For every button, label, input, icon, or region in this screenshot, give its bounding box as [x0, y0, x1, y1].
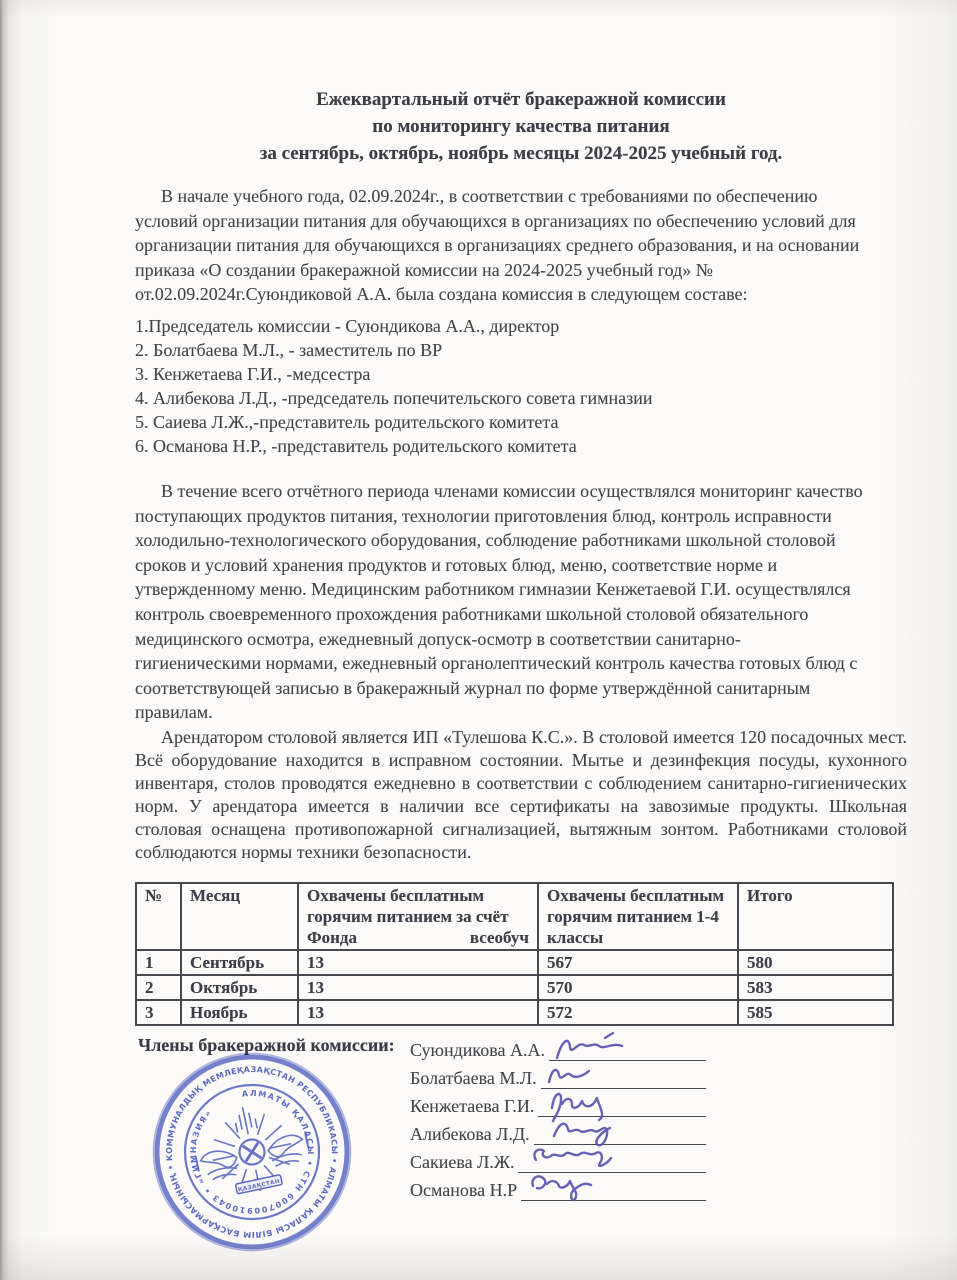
list-item: 4. Алибекова Л.Д., -председатель попечит… [135, 386, 907, 410]
table-cell: 567 [538, 950, 738, 975]
table-header-row: № Месяц Охвачены бесплатным горячим пита… [136, 883, 893, 950]
table-header-cell: Месяц [181, 883, 298, 950]
title-line-2: по мониторингу качества питания [135, 113, 907, 140]
table-cell: 585 [738, 1000, 893, 1025]
table-header-cell: Охвачены бесплатным горячим питанием 1-4… [538, 883, 738, 950]
handwritten-signature-icon [525, 1172, 645, 1208]
table-body: 1 Сентябрь 13 567 580 2 Октябрь 13 570 5… [136, 950, 893, 1025]
emblem-wing-left [199, 1147, 240, 1181]
signature-row: Сакиева Л.Ж. [410, 1145, 706, 1173]
meals-coverage-table: № Месяц Охвачены бесплатным горячим пита… [135, 882, 894, 1026]
table-cell: 570 [538, 975, 738, 1000]
table-cell: 13 [298, 1000, 538, 1025]
list-item: 1.Председатель комиссии - Суюндикова А.А… [135, 314, 907, 338]
scanned-report-page: Ежеквартальный отчёт бракеражной комисси… [0, 0, 957, 1280]
commission-members-list: 1.Председатель комиссии - Суюндикова А.А… [135, 314, 907, 458]
signer-name: Суюндикова А.А. [410, 1040, 549, 1061]
signature-line [541, 1068, 706, 1089]
emblem-shanyrak-cross [244, 1144, 261, 1161]
intro-paragraph: В начале учебного года, 02.09.2024г., в … [135, 184, 907, 307]
signature-line [518, 1152, 706, 1173]
signature-line [549, 1040, 706, 1061]
signer-name: Сакиева Л.Ж. [410, 1152, 518, 1173]
stamp-artwork: ҚАЗАҚСТАН РЕСПУБЛИКАСЫ • АЛМАТЫ ҚАЛАСЫ Б… [150, 1050, 354, 1254]
signature-line [521, 1180, 706, 1201]
table-header-cell: № [136, 883, 181, 950]
signature-row: Алибекова Л.Д. [410, 1117, 706, 1145]
emblem-top-spikes [233, 1105, 258, 1133]
signature-row: Суюндикова А.А. [410, 1033, 706, 1061]
emblem-banner: ҚАЗАҚСТАН [235, 1175, 282, 1194]
signer-name: Болатбаева М.Л. [410, 1068, 541, 1089]
table-head: № Месяц Охвачены бесплатным горячим пита… [136, 883, 893, 950]
signer-name: Кенжетаева Г.И. [410, 1096, 538, 1117]
table-cell: 13 [298, 950, 538, 975]
signature-rows: Суюндикова А.А. Болатбаева М.Л. Кенжетае… [410, 1033, 706, 1201]
emblem-wing-right [266, 1133, 307, 1167]
table-cell: 583 [738, 975, 893, 1000]
list-item: 6. Османова Н.Р., -представитель родител… [135, 434, 907, 458]
table-row: 3 Ноябрь 13 572 585 [136, 1000, 893, 1025]
signature-row: Кенжетаева Г.И. [410, 1089, 706, 1117]
title-line-3: за сентябрь, октябрь, ноябрь месяцы 2024… [135, 140, 907, 167]
table-header-cell: Охвачены бесплатным горячим питанием за … [298, 883, 538, 950]
title-line-1: Ежеквартальный отчёт бракеражной комисси… [135, 86, 907, 113]
signer-name: Алибекова Л.Д. [410, 1124, 534, 1145]
table-cell: 3 [136, 1000, 181, 1025]
signer-name: Османова Н.Р [410, 1180, 521, 1201]
table-cell: 572 [538, 1000, 738, 1025]
table-cell: 580 [738, 950, 893, 975]
canteen-paragraph: Арендатором столовой является ИП «Тулешо… [135, 726, 907, 864]
signature-line [534, 1124, 706, 1145]
signature-row: Болатбаева М.Л. [410, 1061, 706, 1089]
list-item: 5. Саиева Л.Ж.,-представитель родительск… [135, 410, 907, 434]
list-item: 3. Кенжетаева Г.И., -медсестра [135, 362, 907, 386]
table-cell: 2 [136, 975, 181, 1000]
table-cell: Октябрь [181, 975, 298, 1000]
table-cell: Ноябрь [181, 1000, 298, 1025]
document-title: Ежеквартальный отчёт бракеражной комисси… [135, 86, 907, 167]
table-row: 1 Сентябрь 13 567 580 [136, 950, 893, 975]
table-header-cell: Итого [738, 883, 893, 950]
monitoring-paragraph: В течение всего отчётного периода членам… [135, 479, 907, 725]
table-cell: 1 [136, 950, 181, 975]
signature-line [538, 1096, 706, 1117]
table-row: 2 Октябрь 13 570 583 [136, 975, 893, 1000]
table-cell: 13 [298, 975, 538, 1000]
list-item: 2. Болатбаева М.Л., - заместитель по ВР [135, 338, 907, 362]
official-round-stamp-icon: ҚАЗАҚСТАН РЕСПУБЛИКАСЫ • АЛМАТЫ ҚАЛАСЫ Б… [150, 1050, 354, 1254]
table-cell: Сентябрь [181, 950, 298, 975]
signature-row: Османова Н.Р [410, 1173, 706, 1201]
